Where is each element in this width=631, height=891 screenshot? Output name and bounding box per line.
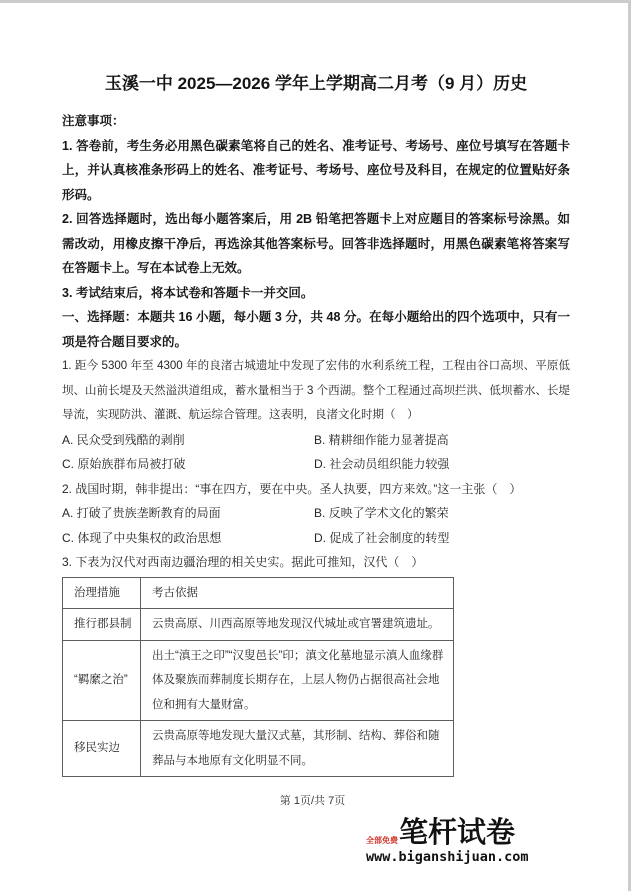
- table-row: 推行郡县制 云贵高原、川西高原等地发现汉代城址或官署建筑遗址。: [63, 609, 454, 641]
- watermark-top-row: 全部免费 笔杆试卷: [366, 818, 529, 849]
- watermark: 全部免费 笔杆试卷 www.biganshijuan.com: [366, 818, 529, 865]
- question-1-options: A. 民众受到残酷的剥削 B. 精耕细作能力显著提高 C. 原始族群布局被打破 …: [62, 428, 570, 477]
- evidence-table: 治理措施 考古依据 推行郡县制 云贵高原、川西高原等地发现汉代城址或官署建筑遗址…: [62, 577, 454, 778]
- question-2-option-b: B. 反映了学术文化的繁荣: [314, 501, 570, 526]
- question-2-option-d: D. 促成了社会制度的转型: [314, 526, 570, 551]
- table-header-row: 治理措施 考古依据: [63, 577, 454, 609]
- question-1-option-c: C. 原始族群布局被打破: [62, 452, 314, 477]
- exam-paper-page: 玉溪一中 2025—2026 学年上学期高二月考（9 月）历史 注意事项： 1.…: [0, 0, 631, 891]
- table-header-measure: 治理措施: [63, 577, 141, 609]
- table-row: “羁縻之治” 出土“滇王之印”“汉叟邑长”印；滇文化墓地显示滇人血缘群体及聚族而…: [63, 640, 454, 721]
- notice-item-2: 2. 回答选择题时，选出每小题答案后，用 2B 铅笔把答题卡上对应题目的答案标号…: [62, 207, 570, 281]
- question-2-options: A. 打破了贵族垄断教育的局面 B. 反映了学术文化的繁荣 C. 体现了中央集权…: [62, 501, 570, 550]
- page-title: 玉溪一中 2025—2026 学年上学期高二月考（9 月）历史: [62, 71, 570, 97]
- question-1: 1. 距今 5300 年至 4300 年的良渚古城遗址中发现了宏伟的水利系统工程…: [62, 354, 570, 477]
- table-cell-evidence-2: 出土“滇王之印”“汉叟邑长”印；滇文化墓地显示滇人血缘群体及聚族而葬制度长期存在…: [141, 640, 454, 721]
- table-cell-evidence-3: 云贵高原等地发现大量汉式墓，其形制、结构、葬俗和随葬品与本地原有文化明显不同。: [141, 721, 454, 777]
- notice-section: 注意事项： 1. 答卷前，考生务必用黑色碳素笔将自己的姓名、准考证号、考场号、座…: [62, 109, 570, 305]
- table-row: 移民实边 云贵高原等地发现大量汉式墓，其形制、结构、葬俗和随葬品与本地原有文化明…: [63, 721, 454, 777]
- section-heading: 一、选择题：本题共 16 小题，每小题 3 分，共 48 分。在每小题给出的四个…: [62, 305, 570, 354]
- table-header-evidence: 考古依据: [141, 577, 454, 609]
- question-2-option-a: A. 打破了贵族垄断教育的局面: [62, 501, 314, 526]
- watermark-brand: 笔杆试卷: [399, 818, 515, 849]
- table-cell-measure-1: 推行郡县制: [63, 609, 141, 641]
- watermark-url: www.biganshijuan.com: [366, 850, 529, 865]
- notice-item-1: 1. 答卷前，考生务必用黑色碳素笔将自己的姓名、准考证号、考场号、座位号填写在答…: [62, 134, 570, 208]
- page-number: 第 1页/共 7页: [0, 792, 625, 808]
- question-1-option-b: B. 精耕细作能力显著提高: [314, 428, 570, 453]
- table-cell-measure-2: “羁縻之治”: [63, 640, 141, 721]
- question-1-option-d: D. 社会动员组织能力较强: [314, 452, 570, 477]
- question-2: 2. 战国时期，韩非提出：“事在四方，要在中央。圣人执要，四方来效。”这一主张（…: [62, 477, 570, 551]
- notice-heading: 注意事项：: [62, 109, 570, 134]
- watermark-free-badge: 全部免费: [366, 836, 398, 845]
- question-3: 3. 下表为汉代对西南边疆治理的相关史实。据此可推知，汉代（ ） 治理措施 考古…: [62, 550, 570, 777]
- notice-item-3: 3. 考试结束后，将本试卷和答题卡一并交回。: [62, 281, 570, 306]
- question-2-option-c: C. 体现了中央集权的政治思想: [62, 526, 314, 551]
- question-3-text: 3. 下表为汉代对西南边疆治理的相关史实。据此可推知，汉代（ ）: [62, 550, 570, 575]
- question-1-text: 1. 距今 5300 年至 4300 年的良渚古城遗址中发现了宏伟的水利系统工程…: [62, 354, 570, 428]
- question-1-option-a: A. 民众受到残酷的剥削: [62, 428, 314, 453]
- table-cell-measure-3: 移民实边: [63, 721, 141, 777]
- question-2-text: 2. 战国时期，韩非提出：“事在四方，要在中央。圣人执要，四方来效。”这一主张（…: [62, 477, 570, 502]
- page-content: 玉溪一中 2025—2026 学年上学期高二月考（9 月）历史 注意事项： 1.…: [62, 71, 570, 777]
- table-cell-evidence-1: 云贵高原、川西高原等地发现汉代城址或官署建筑遗址。: [141, 609, 454, 641]
